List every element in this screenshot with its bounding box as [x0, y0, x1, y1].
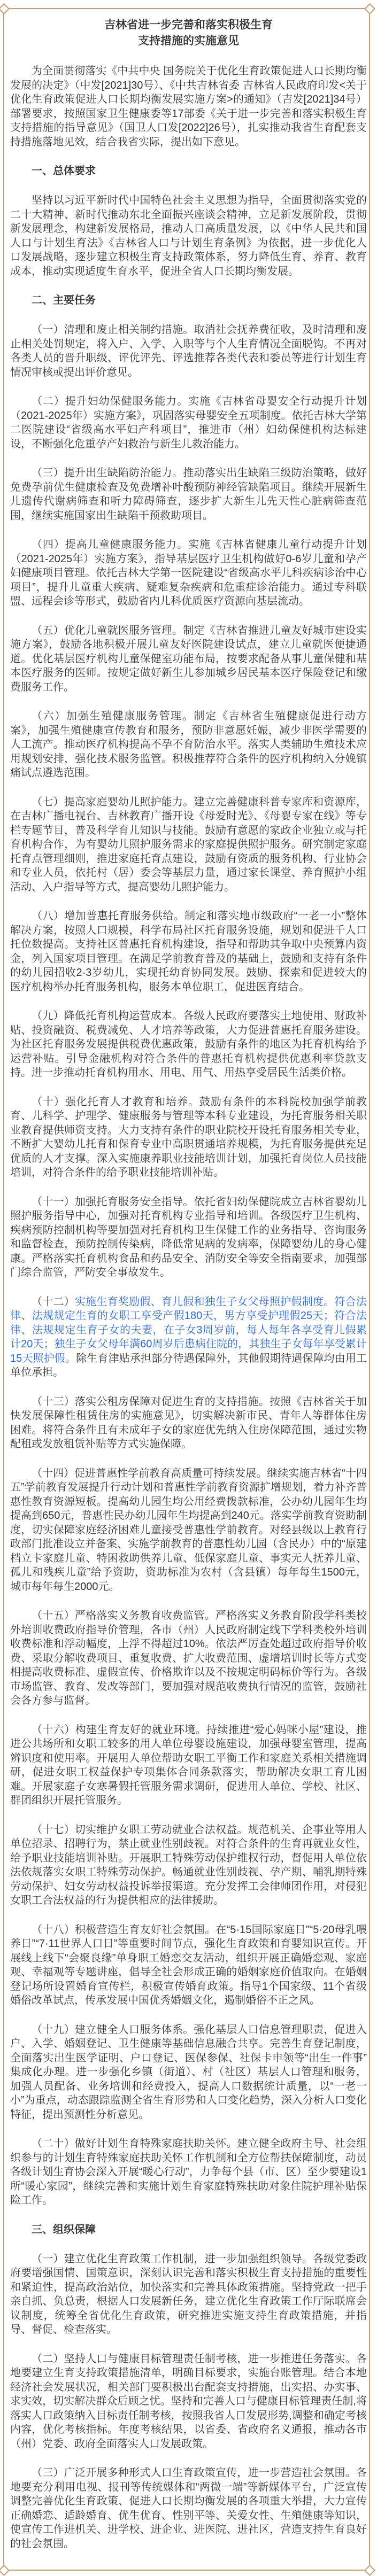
paragraph: （十五）严格落实义务教育收费监管。严格落实义务教育阶段学科类校外培训收费政府指导… [10, 1609, 367, 1708]
page-root: 吉林省进一步完善和落实积极生育 支持措施的实施意见 为全面贯彻落实《中共中央 国… [0, 0, 377, 2575]
text-run: （三）提升出生缺陷防治能力。推动落实出生缺陷三级防治策略，做好免费孕前优生健康检… [10, 467, 367, 522]
paragraph: （五）优化儿童就医服务管理。制定《吉林省推进儿童友好城市建设实施方案》，鼓励各地… [10, 624, 367, 695]
paragraph: （十一）加强托育服务安全指导。依托省妇幼保健院成立吉林省婴幼儿照护服务指导中心，… [10, 1195, 367, 1280]
text-run: （十七）切实维护女职工劳动就业合法权益。规范机关、企事业等用人单位招录、招聘行为… [10, 1824, 367, 1907]
text-run: （十九）建立健全人口服务体系。强化基层人口信息管理职责，促进入户、入学、婚姻登记… [10, 2024, 367, 2121]
paragraph: （二）坚持人口与健康目标管理责任制考核，进一步推进任务落实。各地要建立生育支持政… [10, 2352, 367, 2451]
text-run: （二）坚持人口与健康目标管理责任制考核，进一步推进任务落实。各地要建立生育支持政… [10, 2353, 367, 2450]
doc-title: 吉林省进一步完善和落实积极生育 支持措施的实施意见 [10, 14, 367, 49]
paragraph: （十七）切实维护女职工劳动就业合法权益。规范机关、企事业等用人单位招录、招聘行为… [10, 1823, 367, 1908]
paragraph: （二）提升妇幼保健服务能力。实施《吉林省母婴安全行动提升计划（2021-2025… [10, 394, 367, 451]
paragraph: （十二）实施生育奖励假、育儿假和独生子女父母照护假制度。符合法律、法规规定生育的… [10, 1295, 367, 1380]
paragraph: （四）提高儿童健康服务能力。实施《吉林省健康儿童行动提升计划（2021-2025… [10, 538, 367, 609]
paragraph: （三）广泛开展多种形式人口生育政策宣传，进一步营造社会氛围。各地要充分利用电视、… [10, 2466, 367, 2551]
text-run: （二）提升妇幼保健服务能力。实施《吉林省母婴安全行动提升计划（2021-2025… [10, 395, 367, 450]
paragraph: （十九）建立健全人口服务体系。强化基层人口信息管理职责，促进入户、入学、婚姻登记… [10, 2023, 367, 2122]
text-run: （二十）做好计划生育特殊家庭扶助关怀。建立健全政府主导、社会组织参与的计划生育特… [10, 2138, 367, 2206]
doc-title-line-1: 吉林省进一步完善和落实积极生育 [10, 17, 367, 33]
doc-title-line-2: 支持措施的实施意见 [10, 33, 367, 49]
text-run: （十六）构建生育友好的就业环境。持续推进“爱心妈咪小屋”建设，推进公共场所和女职… [10, 1724, 367, 1807]
paragraph: （十四）促进普惠性学前教育高质量可持续发展。继续实施吉林省“十四五”学前教育发展… [10, 1467, 367, 1594]
text-run: （六）加强生殖健康服务管理。制定《吉林省生殖健康促进行动方案》，加强生殖健康宣传… [10, 710, 367, 779]
paragraph: （十八）积极营造生育友好社会氛围。在“5·15国际家庭日”“5·20母乳喂养日”… [10, 1923, 367, 2008]
text-run: （十五）严格落实义务教育收费监管。严格落实义务教育阶段学科类校外培训收费政府指导… [10, 1610, 367, 1706]
text-run: （九）降低托育机构运营成本。各级人民政府要落实土地使用、财政补贴、投资融资、税费… [10, 1010, 367, 1078]
text-run: （八）增加普惠托育服务供给。制定和落实地市级政府“一老一小”整体解决方案，按照人… [10, 910, 367, 993]
section-heading: 三、组织保障 [10, 2223, 367, 2237]
text-run: （三）广泛开展多种形式人口生育政策宣传，进一步营造社会氛围。各地要充分利用电视、… [10, 2467, 367, 2550]
paragraph: （三）提升出生缺陷防治能力。推动落实出生缺陷三级防治策略，做好免费孕前优生健康检… [10, 466, 367, 523]
section-heading: 二、主要任务 [10, 293, 367, 308]
paragraph: （十三）落实公租房保障对促进生育的支持措施。按照《吉林省关于加快发展保障性租赁住… [10, 1395, 367, 1452]
paragraph: （十六）构建生育友好的就业环境。持续推进“爱心妈咪小屋”建设，推进公共场所和女职… [10, 1723, 367, 1808]
paragraph: （一）建立优化生育政策工作机制，进一步加强组织领导。各级党委政府要增强国情、国策… [10, 2252, 367, 2337]
text-run: （五）优化儿童就医服务管理。制定《吉林省推进儿童友好城市建设实施方案》，鼓励各地… [10, 625, 367, 693]
paragraph: （六）加强生殖健康服务管理。制定《吉林省生殖健康促进行动方案》，加强生殖健康宣传… [10, 709, 367, 780]
text-run: （一）清理和废止相关制约措施。取消社会抚养费征收，及时清理和废止相关处罚规定，将… [10, 324, 367, 378]
doc-body: 一、总体要求坚持以习近平新时代中国特色社会主义思想为指导，全面贯彻落实党的二十大… [10, 164, 367, 2551]
paragraph: （七）提高家庭婴幼儿照护能力。建立完善健康科普专家库和资源库，在吉林广播电视台、… [10, 795, 367, 895]
intro-paragraph: 为全面贯彻落实《中共中央 国务院关于优化生育政策促进人口长期均衡发展的决定》（中… [10, 64, 367, 149]
text-run: （一）建立优化生育政策工作机制，进一步加强组织领导。各级党委政府要增强国情、国策… [10, 2253, 367, 2336]
text-run: （十三）落实公租房保障对促进生育的支持措施。按照《吉林省关于加快发展保障性租赁住… [10, 1396, 367, 1450]
paragraph: （十）强化托育人才教育和培养。鼓励有条件的本科院校加强学前教育、儿科学、护理学、… [10, 1095, 367, 1180]
text-run: （十四）促进普惠性学前教育高质量可持续发展。继续实施吉林省“十四五”学前教育发展… [10, 1468, 367, 1593]
document-content: 吉林省进一步完善和落实积极生育 支持措施的实施意见 为全面贯彻落实《中共中央 国… [0, 0, 377, 2575]
text-run: （七）提高家庭婴幼儿照护能力。建立完善健康科普专家库和资源库，在吉林广播电视台、… [10, 796, 367, 893]
text-run: 坚持以习近平新时代中国特色社会主义思想为指导，全面贯彻落实党的二十大精神、新时代… [10, 195, 367, 277]
paragraph: 坚持以习近平新时代中国特色社会主义思想为指导，全面贯彻落实党的二十大精神、新时代… [10, 193, 367, 278]
paragraph: （九）降低托育机构运营成本。各级人民政府要落实土地使用、财政补贴、投资融资、税费… [10, 1009, 367, 1080]
text-run: （四）提高儿童健康服务能力。实施《吉林省健康儿童行动提升计划（2021-2025… [10, 539, 367, 607]
text-run: （十二） [32, 1296, 75, 1308]
paragraph: （八）增加普惠托育服务供给。制定和落实地市级政府“一老一小”整体解决方案，按照人… [10, 909, 367, 994]
text-run: （十）强化托育人才教育和培养。鼓励有条件的本科院校加强学前教育、儿科学、护理学、… [10, 1096, 367, 1179]
paragraph: （一）清理和废止相关制约措施。取消社会抚养费征收，及时清理和废止相关处罚规定，将… [10, 323, 367, 379]
text-run: （十八）积极营造生育友好社会氛围。在“5·15国际家庭日”“5·20母乳喂养日”… [10, 1924, 367, 2007]
paragraph: （二十）做好计划生育特殊家庭扶助关怀。建立健全政府主导、社会组织参与的计划生育特… [10, 2137, 367, 2208]
text-run: （十一）加强托育服务安全指导。依托省妇幼保健院成立吉林省婴幼儿照护服务指导中心，… [10, 1196, 367, 1279]
section-heading: 一、总体要求 [10, 164, 367, 179]
